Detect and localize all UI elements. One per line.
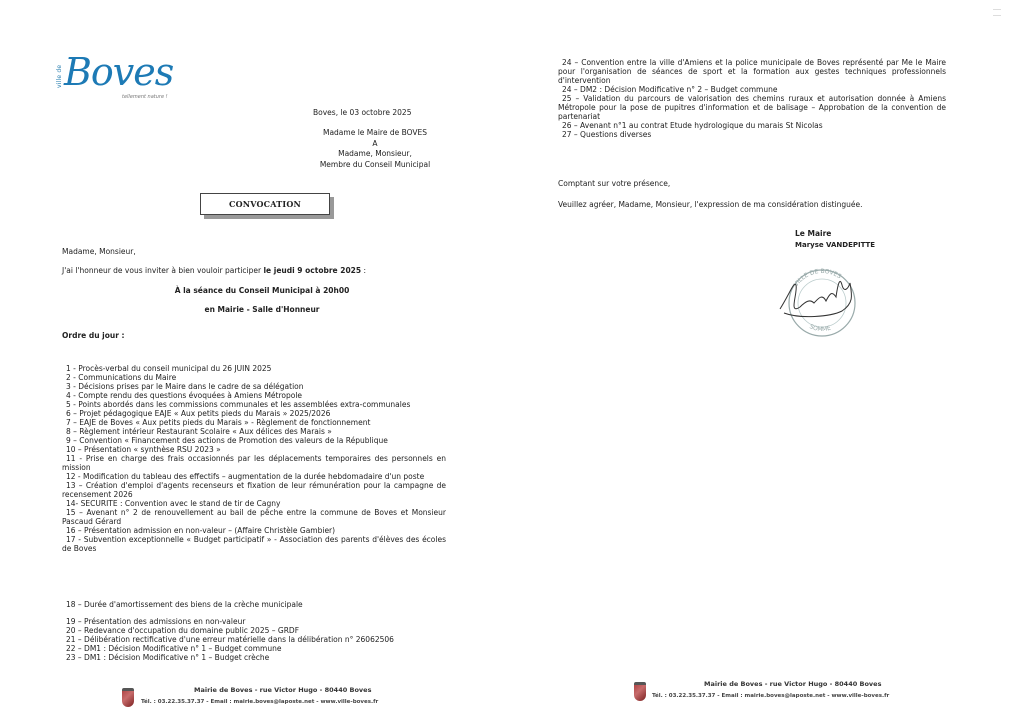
footer-contact: Tél. : 03.22.35.37.37 - Email : mairie.b… bbox=[141, 699, 378, 705]
agenda-item: 1 - Procès-verbal du conseil municipal d… bbox=[62, 364, 446, 373]
page-left: ville de Boves tellement nature ! Boves,… bbox=[0, 0, 512, 724]
to-label: A bbox=[305, 139, 445, 150]
date-line: Boves, le 03 octobre 2025 bbox=[313, 108, 411, 117]
agenda-item: 6 – Projet pédagogique EAJE « Aux petits… bbox=[62, 409, 446, 418]
agenda-item: 17 - Subvention exceptionnelle « Budget … bbox=[62, 535, 446, 553]
agenda-item: 21 – Délibération rectificative d'une er… bbox=[62, 635, 446, 644]
footer-address: Mairie de Boves - rue Victor Hugo - 8044… bbox=[194, 686, 371, 694]
svg-text:SOMME: SOMME bbox=[808, 323, 832, 333]
footer-address: Mairie de Boves - rue Victor Hugo - 8044… bbox=[704, 680, 881, 688]
footer-contact: Tél. : 03.22.35.37.37 - Email : mairie.b… bbox=[652, 693, 889, 699]
official-stamp-signature: VILLE DE BOVES SOMME bbox=[770, 263, 870, 339]
stamp-bottom-text: SOMME bbox=[808, 323, 832, 333]
agenda-heading: Ordre du jour : bbox=[62, 331, 125, 340]
signer-name: Maryse VANDEPITTE bbox=[795, 241, 875, 249]
agenda-list-3: 19 – Présentation des admissions en non-… bbox=[62, 617, 446, 662]
agenda-list-right: 24 – Convention entre la ville d'Amiens … bbox=[558, 58, 946, 139]
coat-of-arms-icon bbox=[634, 682, 646, 701]
agenda-item: 25 – Validation du parcours de valorisat… bbox=[558, 94, 946, 121]
closing-comptant: Comptant sur votre présence, bbox=[558, 179, 670, 188]
logo-prefix: ville de bbox=[56, 65, 63, 88]
closing-formula: Veuillez agréer, Madame, Monsieur, l'exp… bbox=[558, 200, 863, 209]
agenda-item: 27 – Questions diverses bbox=[558, 130, 946, 139]
recipient-line-1: Madame, Monsieur, bbox=[305, 149, 445, 160]
agenda-item: 24 – DM2 : Décision Modificative n° 2 – … bbox=[558, 85, 946, 94]
agenda-item: 10 – Présentation « synthèse RSU 2023 » bbox=[62, 445, 446, 454]
agenda-item: 5 - Points abordés dans les commissions … bbox=[62, 400, 446, 409]
invite-end: : bbox=[361, 266, 366, 275]
agenda-item: 8 – Règlement intérieur Restaurant Scola… bbox=[62, 427, 446, 436]
invite-text: J'ai l'honneur de vous inviter à bien vo… bbox=[62, 266, 366, 275]
agenda-item: 18 – Durée d'amortissement des biens de … bbox=[62, 600, 446, 609]
agenda-item: 4 - Compte rendu des questions évoquées … bbox=[62, 391, 446, 400]
sender: Madame le Maire de BOVES bbox=[305, 128, 445, 139]
stamp-top-text: VILLE DE BOVES bbox=[793, 268, 843, 288]
invite-lead: J'ai l'honneur de vous inviter à bien vo… bbox=[62, 266, 263, 275]
agenda-list-2: 18 – Durée d'amortissement des biens de … bbox=[62, 600, 446, 609]
agenda-item: 3 - Décisions prises par le Maire dans l… bbox=[62, 382, 446, 391]
agenda-item: 12 - Modification du tableau des effecti… bbox=[62, 472, 446, 481]
agenda-item: 16 – Présentation admission en non-valeu… bbox=[62, 526, 446, 535]
agenda-item: 26 – Avenant n°1 au contrat Etude hydrol… bbox=[558, 121, 946, 130]
agenda-item: 20 – Redevance d'occupation du domaine p… bbox=[62, 626, 446, 635]
logo-tagline: tellement nature ! bbox=[122, 94, 168, 100]
agenda-item: 19 – Présentation des admissions en non-… bbox=[62, 617, 446, 626]
scan-mark bbox=[993, 9, 1001, 16]
location-line: en Mairie - Salle d'Honneur bbox=[62, 305, 462, 314]
agenda-item: 11 - Prise en charge des frais occasionn… bbox=[62, 454, 446, 472]
recipient-line-2: Membre du Conseil Municipal bbox=[305, 160, 445, 171]
signer-title: Le Maire bbox=[795, 229, 831, 238]
agenda-item: 14- SECURITE : Convention avec le stand … bbox=[62, 499, 446, 508]
agenda-item: 2 - Communications du Maire bbox=[62, 373, 446, 382]
agenda-list-1: 1 - Procès-verbal du conseil municipal d… bbox=[62, 364, 446, 553]
convocation-title: CONVOCATION bbox=[200, 193, 330, 215]
salutation: Madame, Monsieur, bbox=[62, 247, 136, 256]
footer-right: Mairie de Boves - rue Victor Hugo - 8044… bbox=[634, 680, 944, 714]
agenda-item: 7 – EAJE de Boves « Aux petits pieds du … bbox=[62, 418, 446, 427]
agenda-item: 15 – Avenant n° 2 de renouvellement au b… bbox=[62, 508, 446, 526]
address-block: Madame le Maire de BOVES A Madame, Monsi… bbox=[305, 128, 445, 170]
invite-date: le jeudi 9 octobre 2025 bbox=[263, 266, 361, 275]
agenda-item: 13 – Création d'emploi d'agents recenseu… bbox=[62, 481, 446, 499]
coat-of-arms-icon bbox=[122, 688, 134, 707]
seance-line: À la séance du Conseil Municipal à 20h00 bbox=[62, 286, 462, 295]
agenda-item: 23 – DM1 : Décision Modificative n° 1 – … bbox=[62, 653, 446, 662]
svg-text:VILLE DE BOVES: VILLE DE BOVES bbox=[793, 268, 843, 288]
agenda-item: 22 – DM1 : Décision Modificative n° 1 – … bbox=[62, 644, 446, 653]
boves-logo: ville de Boves tellement nature ! bbox=[56, 56, 196, 106]
logo-name: Boves bbox=[64, 50, 173, 94]
agenda-item: 24 – Convention entre la ville d'Amiens … bbox=[558, 58, 946, 85]
footer-left: Mairie de Boves - rue Victor Hugo - 8044… bbox=[122, 686, 442, 720]
agenda-item: 9 – Convention « Financement des actions… bbox=[62, 436, 446, 445]
